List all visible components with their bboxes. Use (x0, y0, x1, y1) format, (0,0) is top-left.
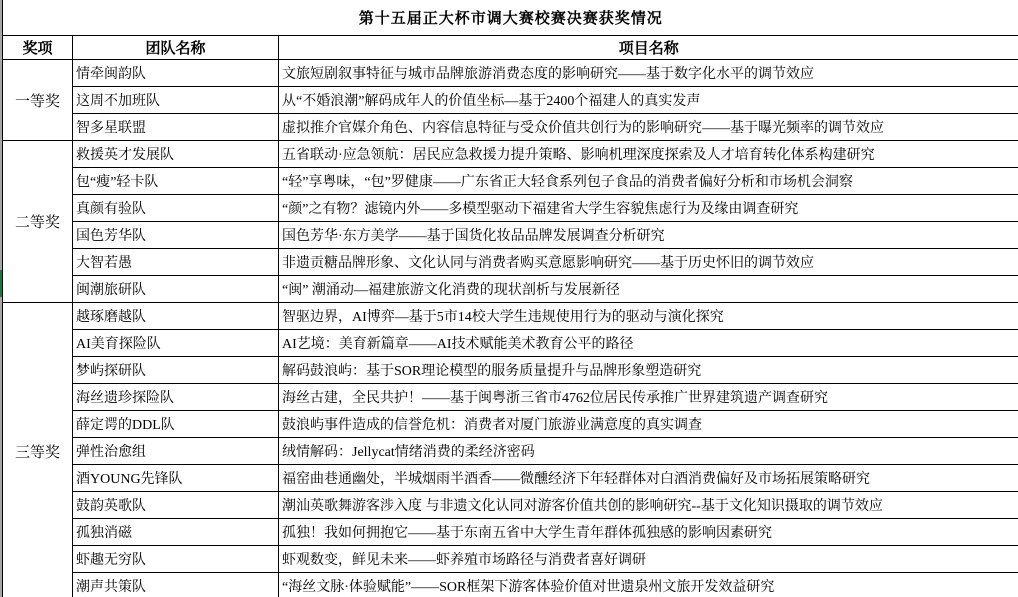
project-cell[interactable]: 虾观数变，鲜见未来——虾养殖市场路径与消费者喜好调研 (279, 546, 1018, 573)
project-cell[interactable]: 文旅短剧叙事特征与城市品牌旅游消费态度的影响研究——基于数字化水平的调节效应 (279, 60, 1018, 87)
project-cell[interactable]: “海丝文脉·体验赋能”——SOR框架下游客体验价值对世遗泉州文旅开发效益研究 (279, 573, 1018, 597)
column-header-team[interactable]: 团队名称 (73, 36, 279, 60)
team-cell[interactable]: AI美育探险队 (73, 330, 279, 357)
team-cell[interactable]: 海丝遗珍探险队 (73, 384, 279, 411)
team-cell[interactable]: 弹性治愈组 (73, 438, 279, 465)
team-cell[interactable]: 孤独消磁 (73, 519, 279, 546)
project-cell[interactable]: 绒情解码：Jellycat情绪消费的柔经济密码 (279, 438, 1018, 465)
team-cell[interactable]: 越琢磨越队 (73, 303, 279, 330)
team-cell[interactable]: 这周不加班队 (73, 87, 279, 114)
table-row: 三等奖越琢磨越队智驱边界，AI博弈—基于5市14校大学生违规使用行为的驱动与演化… (3, 303, 1018, 330)
table-row: 闽潮旅研队“闽” 潮涌动—福建旅游文化消费的现状剖析与发展新径 (3, 276, 1018, 303)
table-row: 虾趣无穷队虾观数变，鲜见未来——虾养殖市场路径与消费者喜好调研 (3, 546, 1018, 573)
project-cell[interactable]: 福窑曲巷通幽处，半城烟雨半酒香——微醺经济下年轻群体对白酒消费偏好及市场拓展策略… (279, 465, 1018, 492)
project-cell[interactable]: 虚拟推介官媒介角色、内容信息特征与受众价值共创行为的影响研究——基于曝光频率的调… (279, 114, 1018, 141)
awards-table: 第十五届正大杯市调大赛校赛决赛获奖情况 奖项 团队名称 项目名称 一等奖情牵闽韵… (2, 0, 1018, 597)
team-cell[interactable]: 救援英才发展队 (73, 141, 279, 168)
project-cell[interactable]: 智驱边界，AI博弈—基于5市14校大学生违规使用行为的驱动与演化探究 (279, 303, 1018, 330)
table-row: 弹性治愈组绒情解码：Jellycat情绪消费的柔经济密码 (3, 438, 1018, 465)
team-cell[interactable]: 闽潮旅研队 (73, 276, 279, 303)
column-header-award[interactable]: 奖项 (3, 36, 73, 60)
window-edge-strip (0, 0, 2, 597)
project-cell[interactable]: 五省联动·应急领航：居民应急救援力提升策略、影响机理深度探索及人才培育转化体系构… (279, 141, 1018, 168)
team-cell[interactable]: 梦屿探研队 (73, 357, 279, 384)
project-cell[interactable]: 解码鼓浪屿：基于SOR理论模型的服务质量提升与品牌形象塑造研究 (279, 357, 1018, 384)
project-cell[interactable]: 鼓浪屿事件造成的信誉危机：消费者对厦门旅游业满意度的真实调查 (279, 411, 1018, 438)
project-cell[interactable]: 孤独！我如何拥抱它——基于东南五省中大学生青年群体孤独感的影响因素研究 (279, 519, 1018, 546)
table-row: 大智若愚非遗贡糖品牌形象、文化认同与消费者购买意愿影响研究——基于历史怀旧的调节… (3, 249, 1018, 276)
project-cell[interactable]: AI艺境：美育新篇章——AI技术赋能美术教育公平的路径 (279, 330, 1018, 357)
column-header-project[interactable]: 项目名称 (279, 36, 1018, 60)
team-cell[interactable]: 包“瘦”轻卡队 (73, 168, 279, 195)
award-cell[interactable]: 二等奖 (3, 141, 73, 303)
award-cell[interactable]: 一等奖 (3, 60, 73, 141)
table-row: 海丝遗珍探险队海丝古建，全民共护！——基于闽粤浙三省市4762位居民传承推广世界… (3, 384, 1018, 411)
table-row: 一等奖情牵闽韵队文旅短剧叙事特征与城市品牌旅游消费态度的影响研究——基于数字化水… (3, 60, 1018, 87)
header-row: 奖项 团队名称 项目名称 (3, 36, 1018, 60)
table-row: 酒YOUNG先锋队福窑曲巷通幽处，半城烟雨半酒香——微醺经济下年轻群体对白酒消费… (3, 465, 1018, 492)
project-cell[interactable]: 非遗贡糖品牌形象、文化认同与消费者购买意愿影响研究——基于历史怀旧的调节效应 (279, 249, 1018, 276)
project-cell[interactable]: “颜”之有物？滤镜内外——多模型驱动下福建省大学生容貌焦虑行为及缘由调查研究 (279, 195, 1018, 222)
team-cell[interactable]: 智多星联盟 (73, 114, 279, 141)
project-cell[interactable]: 国色芳华·东方美学——基于国货化妆品品牌发展调查分析研究 (279, 222, 1018, 249)
table-row: 二等奖救援英才发展队五省联动·应急领航：居民应急救援力提升策略、影响机理深度探索… (3, 141, 1018, 168)
table-row: 鼓韵英歌队潮汕英歌舞游客涉入度 与非遗文化认同对游客价值共创的影响研究--基于文… (3, 492, 1018, 519)
project-cell[interactable]: “轻”享粤味，“包”罗健康——广东省正大轻食系列包子食品的消费者偏好分析和市场机… (279, 168, 1018, 195)
table-row: 真颜有验队“颜”之有物？滤镜内外——多模型驱动下福建省大学生容貌焦虑行为及缘由调… (3, 195, 1018, 222)
table-row: 智多星联盟虚拟推介官媒介角色、内容信息特征与受众价值共创行为的影响研究——基于曝… (3, 114, 1018, 141)
project-cell[interactable]: 潮汕英歌舞游客涉入度 与非遗文化认同对游客价值共创的影响研究--基于文化知识摄取… (279, 492, 1018, 519)
table-title: 第十五届正大杯市调大赛校赛决赛获奖情况 (3, 0, 1018, 36)
table-body: 一等奖情牵闽韵队文旅短剧叙事特征与城市品牌旅游消费态度的影响研究——基于数字化水… (3, 60, 1018, 597)
project-cell[interactable]: 从“不婚浪潮”解码成年人的价值坐标—基于2400个福建人的真实发声 (279, 87, 1018, 114)
team-cell[interactable]: 虾趣无穷队 (73, 546, 279, 573)
table-row: 潮声共策队“海丝文脉·体验赋能”——SOR框架下游客体验价值对世遗泉州文旅开发效… (3, 573, 1018, 597)
table-row: 包“瘦”轻卡队“轻”享粤味，“包”罗健康——广东省正大轻食系列包子食品的消费者偏… (3, 168, 1018, 195)
team-cell[interactable]: 大智若愚 (73, 249, 279, 276)
table-row: AI美育探险队AI艺境：美育新篇章——AI技术赋能美术教育公平的路径 (3, 330, 1018, 357)
table-row: 薛定谔的DDL队鼓浪屿事件造成的信誉危机：消费者对厦门旅游业满意度的真实调查 (3, 411, 1018, 438)
selection-edge-marker (0, 270, 2, 297)
team-cell[interactable]: 真颜有验队 (73, 195, 279, 222)
table-row: 孤独消磁孤独！我如何拥抱它——基于东南五省中大学生青年群体孤独感的影响因素研究 (3, 519, 1018, 546)
team-cell[interactable]: 情牵闽韵队 (73, 60, 279, 87)
team-cell[interactable]: 酒YOUNG先锋队 (73, 465, 279, 492)
team-cell[interactable]: 鼓韵英歌队 (73, 492, 279, 519)
team-cell[interactable]: 潮声共策队 (73, 573, 279, 597)
table-row: 这周不加班队从“不婚浪潮”解码成年人的价值坐标—基于2400个福建人的真实发声 (3, 87, 1018, 114)
team-cell[interactable]: 国色芳华队 (73, 222, 279, 249)
title-row: 第十五届正大杯市调大赛校赛决赛获奖情况 (3, 0, 1018, 36)
team-cell[interactable]: 薛定谔的DDL队 (73, 411, 279, 438)
project-cell[interactable]: “闽” 潮涌动—福建旅游文化消费的现状剖析与发展新径 (279, 276, 1018, 303)
award-cell[interactable]: 三等奖 (3, 303, 73, 597)
table-row: 国色芳华队国色芳华·东方美学——基于国货化妆品品牌发展调查分析研究 (3, 222, 1018, 249)
table-row: 梦屿探研队解码鼓浪屿：基于SOR理论模型的服务质量提升与品牌形象塑造研究 (3, 357, 1018, 384)
project-cell[interactable]: 海丝古建，全民共护！——基于闽粤浙三省市4762位居民传承推广世界建筑遗产调查研… (279, 384, 1018, 411)
